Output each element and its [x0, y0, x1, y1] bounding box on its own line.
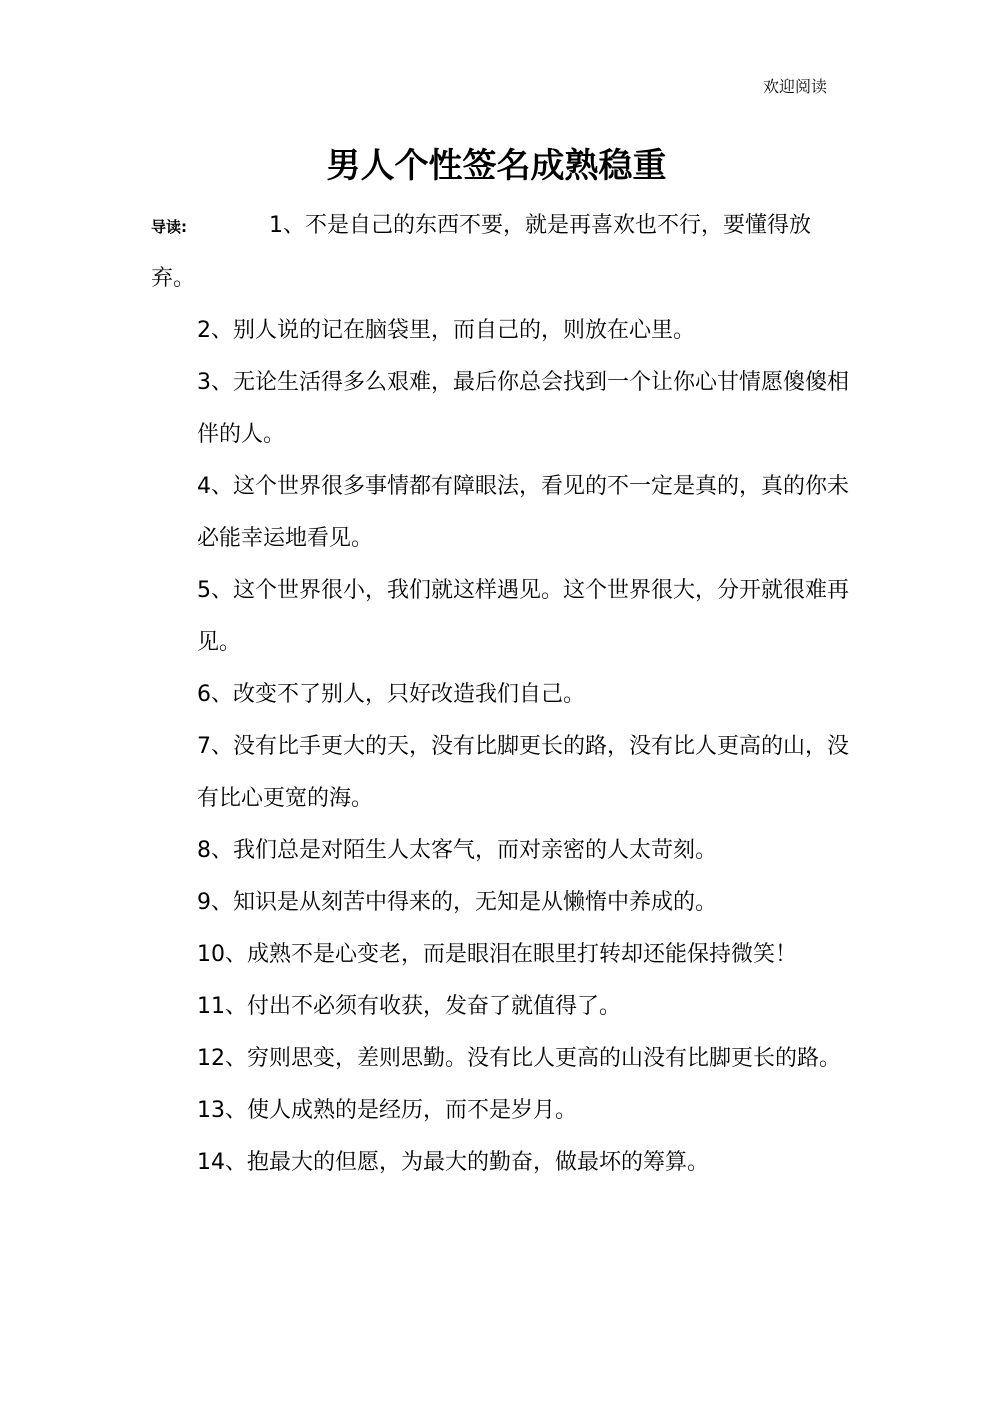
list-item: 11、付出不必须有收获，发奋了就值得了。 — [151, 981, 851, 1033]
lead-label: 导读: — [151, 201, 269, 253]
list-item: 2、别人说的记在脑袋里，而自己的，则放在心里。 — [151, 305, 851, 357]
list-item: 9、知识是从刻苦中得来的，无知是从懒惰中养成的。 — [151, 877, 851, 929]
document-body: 导读:1、不是自己的东西不要，就是再喜欢也不行，要懂得放弃。 2、别人说的记在脑… — [151, 200, 851, 1189]
list-item: 14、抱最大的但愿，为最大的勤奋，做最坏的筹算。 — [151, 1137, 851, 1189]
list-item: 12、穷则思变，差则思勤。没有比人更高的山没有比脚更长的路。 — [151, 1033, 851, 1085]
list-item: 10、成熟不是心变老，而是眼泪在眼里打转却还能保持微笑！ — [151, 929, 851, 981]
list-item: 4、这个世界很多事情都有障眼法，看见的不一定是真的，真的你未必能幸运地看见。 — [151, 461, 851, 565]
header-note: 欢迎阅读 — [763, 74, 827, 97]
list-item: 5、这个世界很小，我们就这样遇见。这个世界很大，分开就很难再见。 — [151, 565, 851, 669]
list-item: 8、我们总是对陌生人太客气，而对亲密的人太苛刻。 — [151, 825, 851, 877]
list-item: 3、无论生活得多么艰难，最后你总会找到一个让你心甘情愿傻傻相伴的人。 — [151, 357, 851, 461]
list-item: 导读:1、不是自己的东西不要，就是再喜欢也不行，要懂得放弃。 — [151, 200, 851, 305]
list-item: 6、改变不了别人，只好改造我们自己。 — [151, 669, 851, 721]
list-item: 13、使人成熟的是经历，而不是岁月。 — [151, 1085, 851, 1137]
list-item: 7、没有比手更大的天，没有比脚更长的路，没有比人更高的山，没有比心更宽的海。 — [151, 721, 851, 825]
document-title: 男人个性签名成熟稳重 — [0, 138, 993, 187]
